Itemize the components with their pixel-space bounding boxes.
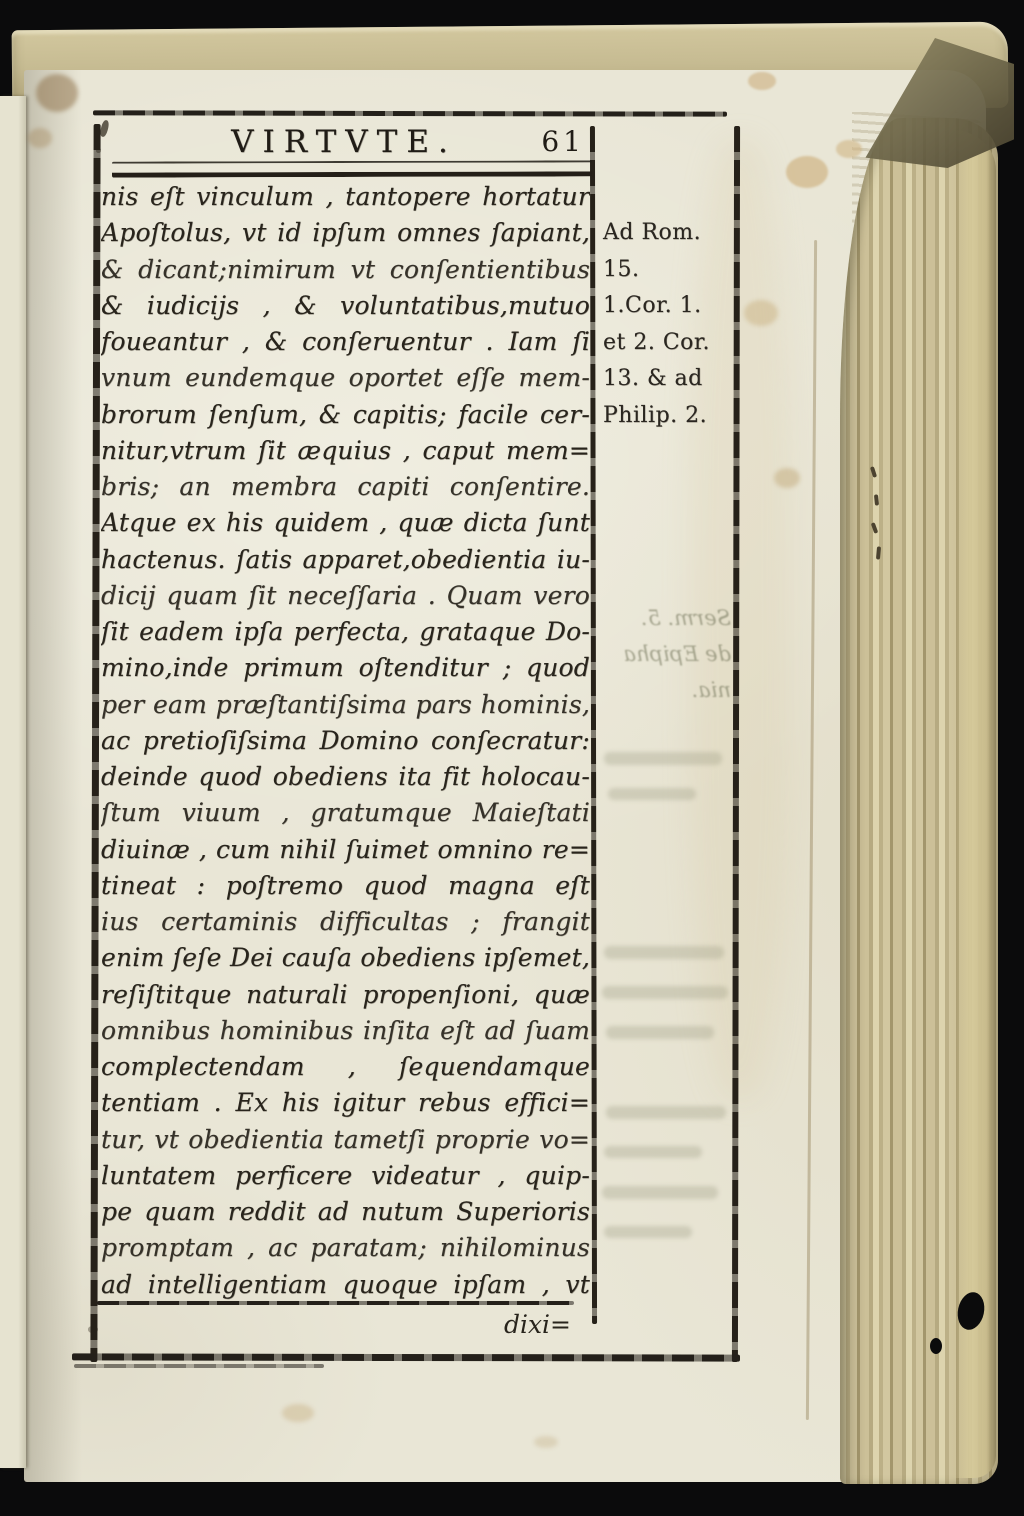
margin-note: Philip. 2.	[603, 398, 731, 435]
margin-note: et 2. Cor.	[603, 325, 731, 362]
text-line: nis eſt vinculum , tantopere hortatur	[101, 179, 590, 215]
ghost-line: nia.	[601, 672, 731, 708]
book-photo: VIRTVTE. 61 nis eſt vinculum , tantopere…	[0, 0, 1024, 1516]
text-line: mino,inde primum oſtenditur ; quod	[101, 650, 590, 686]
text-line: bris; an membra capiti conſentire.	[101, 469, 590, 505]
catchword: dixi=	[101, 1310, 571, 1339]
edge-damage	[930, 1338, 942, 1354]
margin-note: 13. & ad	[603, 361, 731, 398]
show-through-blur	[604, 752, 722, 765]
margin-note: Ad Rom.	[603, 215, 731, 252]
text-line: hactenus. ſatis apparet,obedientia iu-	[101, 542, 590, 578]
running-head: VIRTVTE. 61	[97, 122, 591, 162]
show-through-blur	[606, 1026, 714, 1039]
facing-page-edge	[0, 96, 26, 1468]
stain	[748, 72, 776, 90]
text-line: deinde quod obediens ita fit holocau-	[101, 759, 590, 795]
text-line: luntatem perficere videatur , quip-	[101, 1158, 590, 1194]
page-number: 61	[541, 122, 585, 162]
text-line: & iudicijs , & voluntatibus,mutuo	[101, 288, 590, 324]
text-line: complectendam , ſequendamque ſen=	[101, 1049, 590, 1085]
text-line: ſtum viuum , gratumque Maieſtati	[101, 795, 590, 831]
show-through-blur	[606, 1106, 726, 1119]
show-through-blur	[602, 1186, 718, 1199]
text-line: diuinæ , cum nihil ſuimet omnino re=	[101, 832, 590, 868]
text-line: dicij quam ſit neceſſaria . Quam vero	[101, 578, 590, 614]
text-line: promptam , ac paratam; nihilominus	[101, 1230, 590, 1266]
text-line: foueantur , & conſeruentur . Iam ſi	[101, 324, 590, 360]
stain	[36, 74, 78, 112]
show-through-blur	[604, 1146, 702, 1158]
text-line: tur, vt obedientia tametſi proprie vo=	[101, 1122, 590, 1158]
text-line: ac pretioſiſsima Domino conſecratur:	[101, 723, 590, 759]
text-line: tentiam . Ex his igitur rebus effici=	[101, 1085, 590, 1121]
text-line: vnum eundemque oportet eſſe mem-	[101, 360, 590, 396]
text-line: brorum ſenſum, & capitis; facile cer-	[101, 397, 590, 433]
show-through-blur	[602, 986, 728, 999]
text-line: pe quam reddit ad nutum Superioris	[101, 1194, 590, 1230]
text-line: ad intelligentiam quoque ipſam , vt	[101, 1267, 590, 1303]
text-line: enim ſeſe Dei cauſa obediens ipſemet,	[101, 940, 590, 976]
show-through-text: Serm. 5.de Epiphania.	[601, 600, 731, 708]
text-line: ſit eadem ipſa perfecta, grataque Do-	[101, 614, 590, 650]
show-through-blur	[604, 946, 724, 959]
ghost-line: de Epipha	[601, 636, 731, 672]
show-through-blur	[604, 1226, 692, 1238]
frame-rule-bottom	[72, 1353, 740, 1361]
frame-rule-bottom-double	[74, 1364, 324, 1368]
main-text-column: nis eſt vinculum , tantopere hortaturApo…	[101, 179, 590, 1303]
stain	[836, 140, 862, 158]
show-through-blur	[608, 788, 696, 800]
margin-note: 15.	[603, 252, 731, 289]
text-line: nitur,vtrum ſit æquius , caput mem=	[101, 433, 590, 469]
stain	[786, 156, 828, 188]
text-line: ius certaminis difficultas ; frangit	[101, 904, 590, 940]
stain	[534, 1436, 558, 1448]
text-line: per eam præſtantiſsima pars hominis,	[101, 687, 590, 723]
text-line: omnibus hominibus inſita eſt ad ſuam	[101, 1013, 590, 1049]
margin-note: 1.Cor. 1.	[603, 288, 731, 325]
stain	[28, 128, 52, 148]
text-line: tineat : poſtremo quod magna eſt hu=	[101, 868, 590, 904]
text-line: & dicant;nimirum vt conſentientibus	[101, 252, 590, 288]
ghost-line: Serm. 5.	[601, 600, 731, 636]
margin-notes-column: Ad Rom.15.1.Cor. 1.et 2. Cor.13. & adPhi…	[603, 215, 731, 434]
text-line: reſiſtitque naturali propenſioni, quæ	[101, 977, 590, 1013]
running-title: VIRTVTE.	[97, 122, 591, 162]
fore-edge-rim	[952, 130, 996, 1478]
text-line: Atque ex his quidem , quæ dicta ſunt	[101, 505, 590, 541]
text-line: Apoſtolus, vt id ipſum omnes ſapiant,	[101, 215, 590, 251]
header-double-rule	[112, 160, 592, 177]
stain	[282, 1404, 314, 1422]
